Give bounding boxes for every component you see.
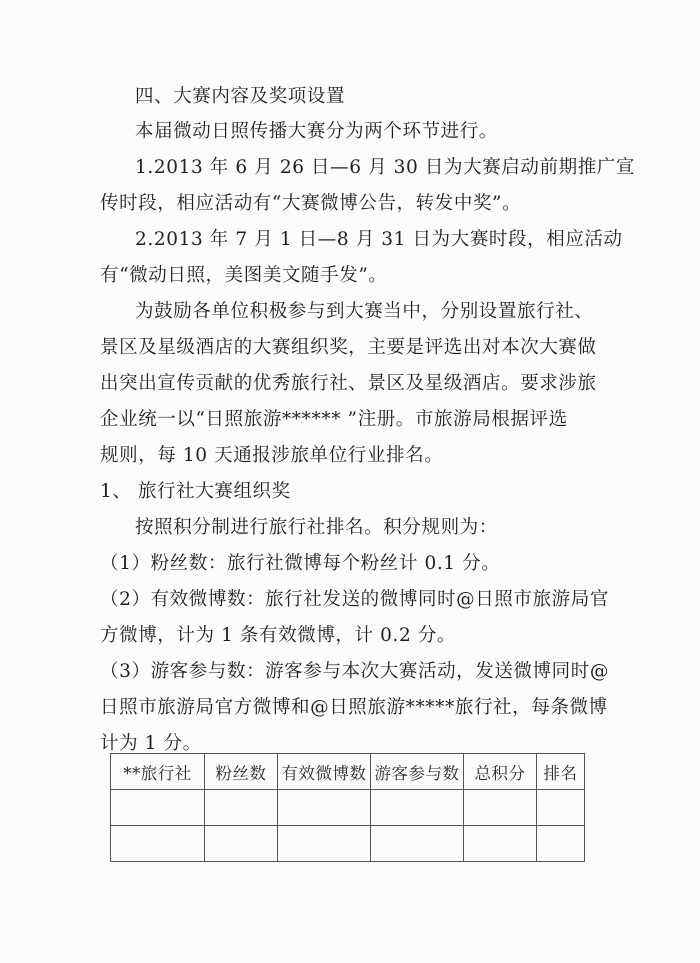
section-heading: 四、大赛内容及奖项设置 bbox=[135, 85, 345, 109]
rule-line: （3）游客参与数：游客参与本次大赛活动，发送微博同时@ bbox=[100, 660, 609, 684]
rule-line: 方微博，计为 1 条有效微博，计 0.2 分。 bbox=[100, 624, 456, 648]
table-cell bbox=[111, 826, 205, 862]
paragraph-line: 有“微动日照，美图美文随手发”。 bbox=[100, 264, 388, 288]
table-cell bbox=[278, 790, 371, 826]
subsection-heading: 1、 旅行社大赛组织奖 bbox=[100, 480, 291, 504]
paragraph-line: 2.2013 年 7 月 1 日—8 月 31 日为大赛时段，相应活动 bbox=[135, 228, 623, 252]
table-cell bbox=[537, 790, 585, 826]
table-row bbox=[111, 790, 585, 826]
rule-line: 日照市旅游局官方微博和@日照旅游*****旅行社，每条微博 bbox=[100, 696, 608, 720]
rules-intro: 按照积分制进行旅行社排名。积分规则为： bbox=[135, 516, 498, 540]
paragraph-line: 规则，每 10 天通报涉旅单位行业排名。 bbox=[100, 444, 443, 468]
paragraph-line: 为鼓励各单位积极参与到大赛当中，分别设置旅行社、 bbox=[135, 300, 593, 324]
header-rank: 排名 bbox=[537, 754, 585, 790]
header-followers: 粉丝数 bbox=[205, 754, 278, 790]
paragraph-line: 景区及星级酒店的大赛组织奖，主要是评选出对本次大赛做 bbox=[100, 336, 597, 360]
document-page: 四、大赛内容及奖项设置 本届微动日照传播大赛分为两个环节进行。 1.2013 年… bbox=[0, 0, 700, 963]
paragraph-line: 1.2013 年 6 月 26 日—6 月 30 日为大赛启动前期推广宣 bbox=[135, 156, 635, 180]
paragraph-line: 出突出宣传贡献的优秀旅行社、景区及星级酒店。要求涉旅 bbox=[100, 372, 597, 396]
table-cell bbox=[537, 826, 585, 862]
table-cell bbox=[278, 826, 371, 862]
table-cell bbox=[371, 790, 464, 826]
table-header-row: **旅行社 粉丝数 有效微博数 游客参与数 总积分 排名 bbox=[111, 754, 585, 790]
ranking-table: **旅行社 粉丝数 有效微博数 游客参与数 总积分 排名 bbox=[110, 753, 585, 862]
table-cell bbox=[111, 790, 205, 826]
rule-line: （2）有效微博数：旅行社发送的微博同时@日照市旅游局官 bbox=[100, 588, 609, 612]
table-row bbox=[111, 826, 585, 862]
rule-line: （1）粉丝数：旅行社微博每个粉丝计 0.1 分。 bbox=[100, 552, 500, 576]
header-travel-agency: **旅行社 bbox=[111, 754, 205, 790]
paragraph-line: 本届微动日照传播大赛分为两个环节进行。 bbox=[135, 120, 498, 144]
header-valid-posts: 有效微博数 bbox=[278, 754, 371, 790]
header-visitor-participation: 游客参与数 bbox=[371, 754, 464, 790]
table-cell bbox=[464, 790, 537, 826]
table-cell bbox=[205, 826, 278, 862]
table-cell bbox=[464, 826, 537, 862]
paragraph-line: 传时段，相应活动有“大赛微博公告，转发中奖”。 bbox=[100, 192, 521, 216]
paragraph-line: 企业统一以“日照旅游****** ”注册。市旅游局根据评选 bbox=[100, 408, 568, 432]
header-total-score: 总积分 bbox=[464, 754, 537, 790]
table-cell bbox=[371, 826, 464, 862]
table-cell bbox=[205, 790, 278, 826]
